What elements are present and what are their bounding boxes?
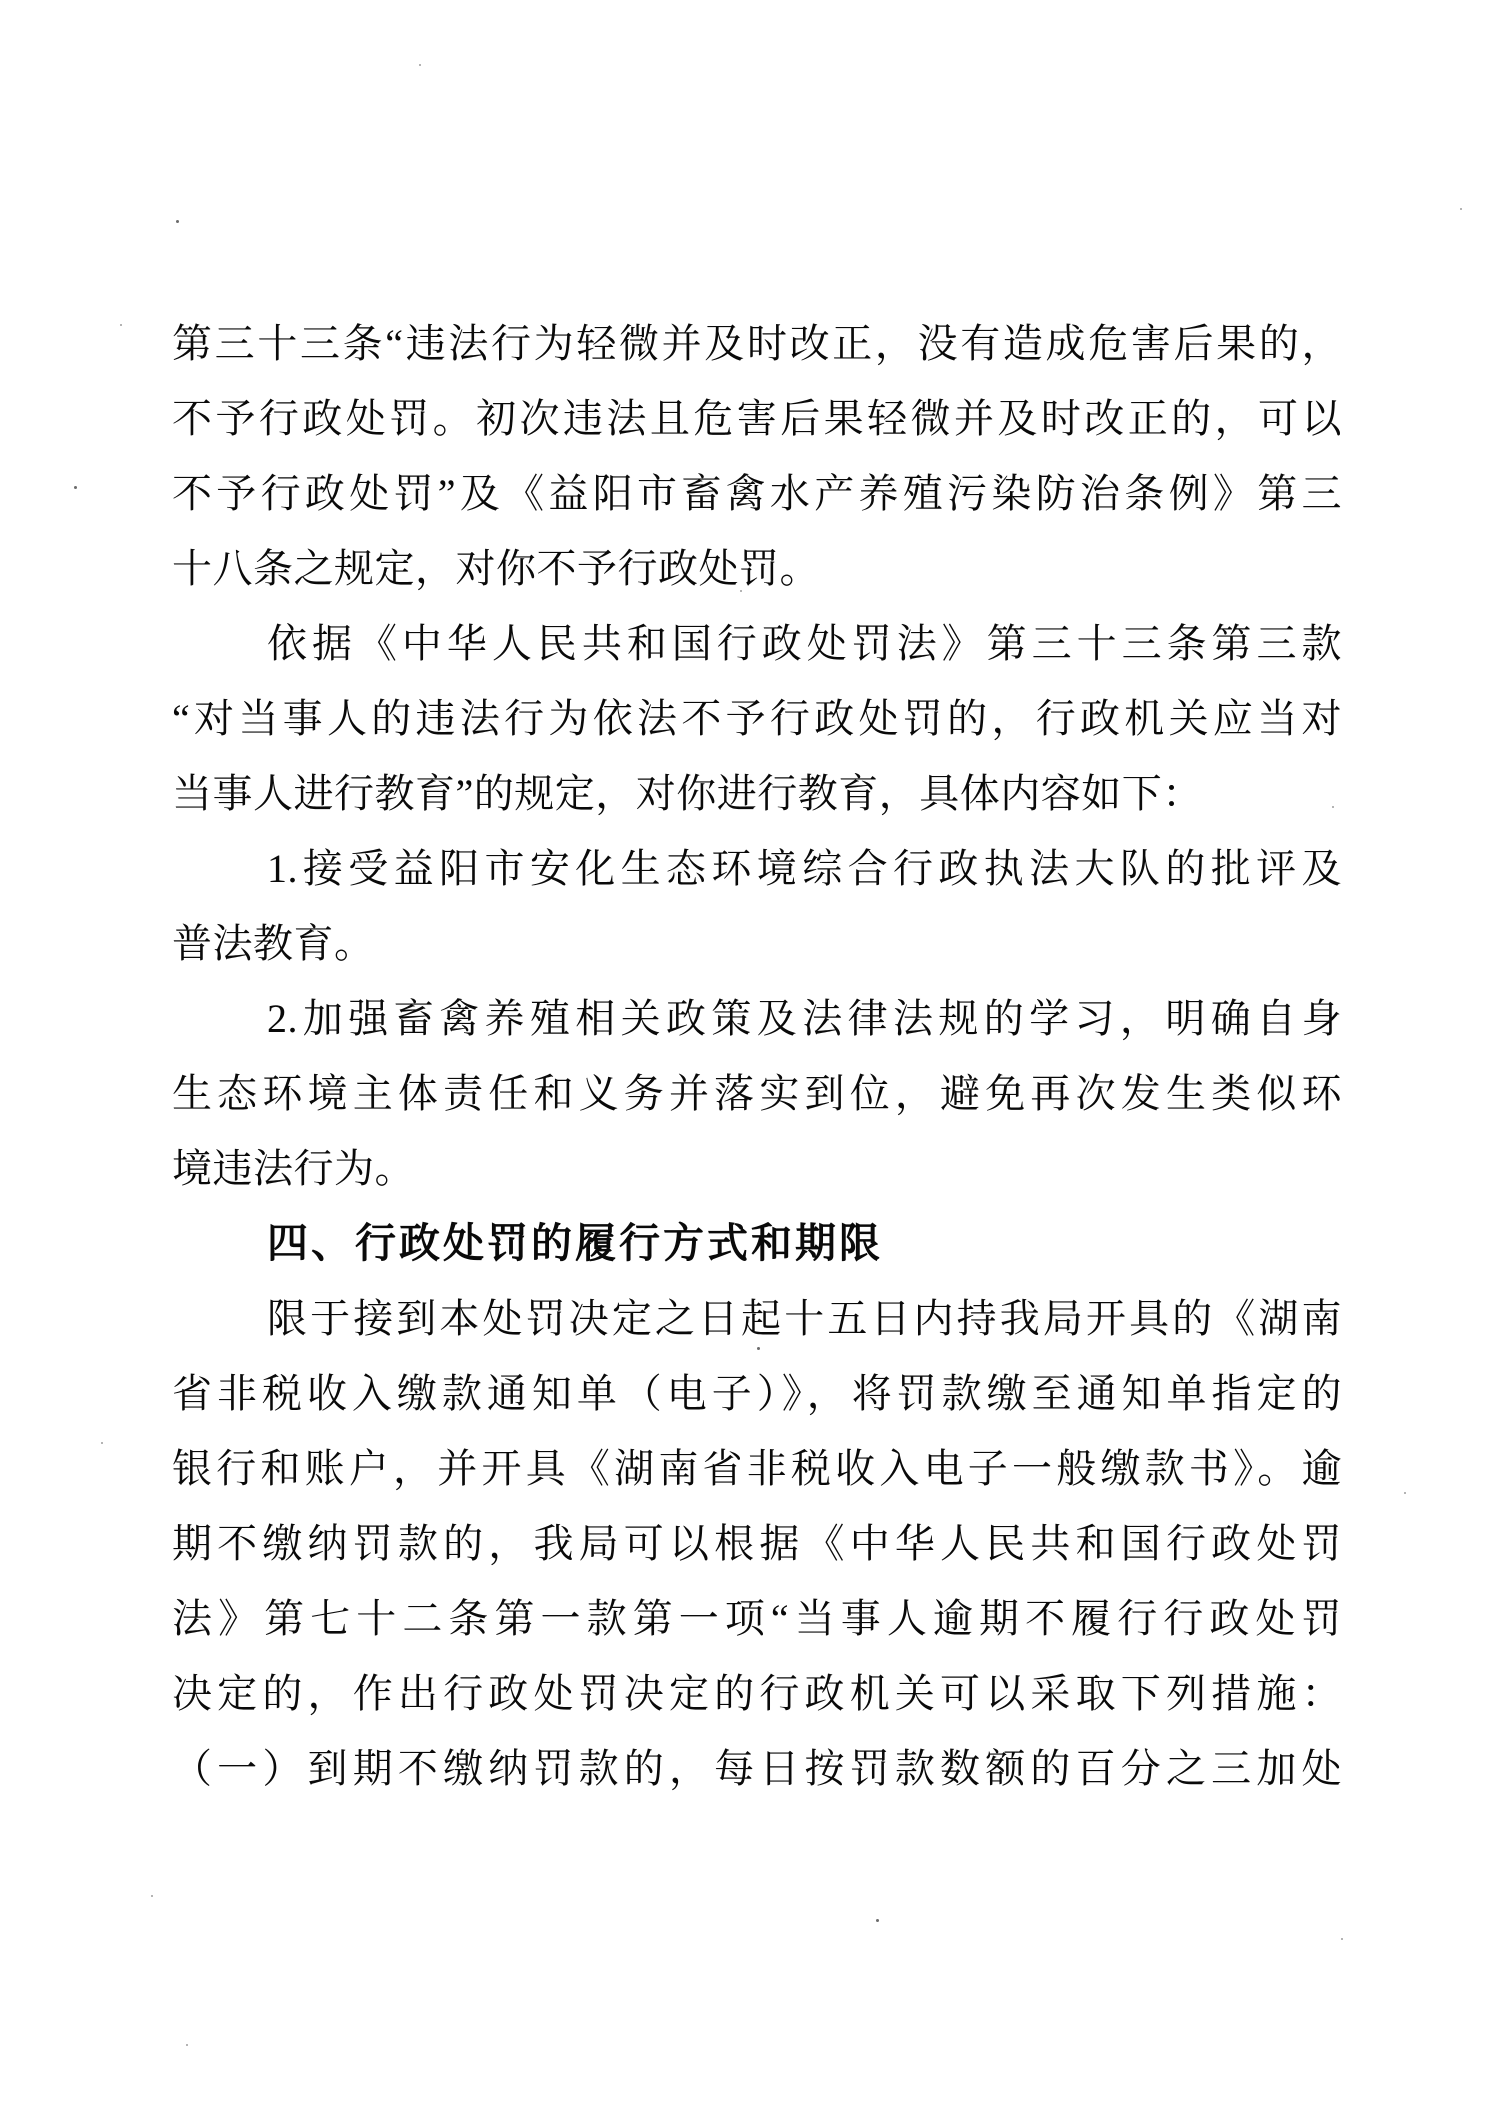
document-line: 省非税收入缴款通知单（电子）》，将罚款缴至通知单指定的: [172, 1356, 1342, 1431]
scan-speck: [876, 1919, 879, 1922]
scan-speck: [120, 324, 122, 326]
document-line: 银行和账户，并开具《湖南省非税收入电子一般缴款书》。逾: [172, 1431, 1342, 1506]
scan-speck: [1341, 1938, 1343, 1940]
scan-speck: [74, 486, 77, 489]
document-line: 1.接受益阳市安化生态环境综合行政执法大队的批评及: [172, 831, 1342, 906]
document-line: 十八条之规定，对你不予行政处罚。: [172, 531, 1342, 606]
document-line: 不予行政处罚。初次违法且危害后果轻微并及时改正的，可以: [172, 381, 1342, 456]
document-line: 决定的，作出行政处罚决定的行政机关可以采取下列措施：: [172, 1656, 1342, 1731]
document-line: 普法教育。: [172, 906, 1342, 981]
document-line: 不予行政处罚”及《益阳市畜禽水产养殖污染防治条例》第三: [172, 456, 1342, 531]
scan-speck: [757, 1347, 760, 1350]
document-body: 第三十三条“违法行为轻微并及时改正，没有造成危害后果的，不予行政处罚。初次违法且…: [172, 306, 1342, 1806]
scan-speck: [419, 64, 421, 66]
scan-speck: [1404, 1492, 1406, 1494]
scan-speck: [151, 1895, 153, 1897]
scan-speck: [1460, 208, 1462, 210]
scan-speck: [101, 1442, 103, 1444]
scan-speck: [1332, 806, 1334, 808]
document-line: 境违法行为。: [172, 1131, 1342, 1206]
scan-speck: [176, 220, 179, 223]
document-line: 法》第七十二条第一款第一项“当事人逾期不履行行政处罚: [172, 1581, 1342, 1656]
document-line: 生态环境主体责任和义务并落实到位，避免再次发生类似环: [172, 1056, 1342, 1131]
document-line: 当事人进行教育”的规定，对你进行教育，具体内容如下：: [172, 756, 1342, 831]
document-line: 2.加强畜禽养殖相关政策及法律法规的学习，明确自身: [172, 981, 1342, 1056]
document-line: （一）到期不缴纳罚款的，每日按罚款数额的百分之三加处: [172, 1731, 1342, 1806]
scanned-document-page: 第三十三条“违法行为轻微并及时改正，没有造成危害后果的，不予行政处罚。初次违法且…: [0, 0, 1490, 2104]
scan-speck: [740, 590, 742, 592]
document-line: 依据《中华人民共和国行政处罚法》第三十三条第三款: [172, 606, 1342, 681]
document-line: 第三十三条“违法行为轻微并及时改正，没有造成危害后果的，: [172, 306, 1342, 381]
document-line: 限于接到本处罚决定之日起十五日内持我局开具的《湖南: [172, 1281, 1342, 1356]
document-line: “对当事人的违法行为依法不予行政处罚的，行政机关应当对: [172, 681, 1342, 756]
scan-speck: [186, 2044, 188, 2046]
document-line: 期不缴纳罚款的，我局可以根据《中华人民共和国行政处罚: [172, 1506, 1342, 1581]
section-heading: 四、行政处罚的履行方式和期限: [172, 1206, 1342, 1281]
